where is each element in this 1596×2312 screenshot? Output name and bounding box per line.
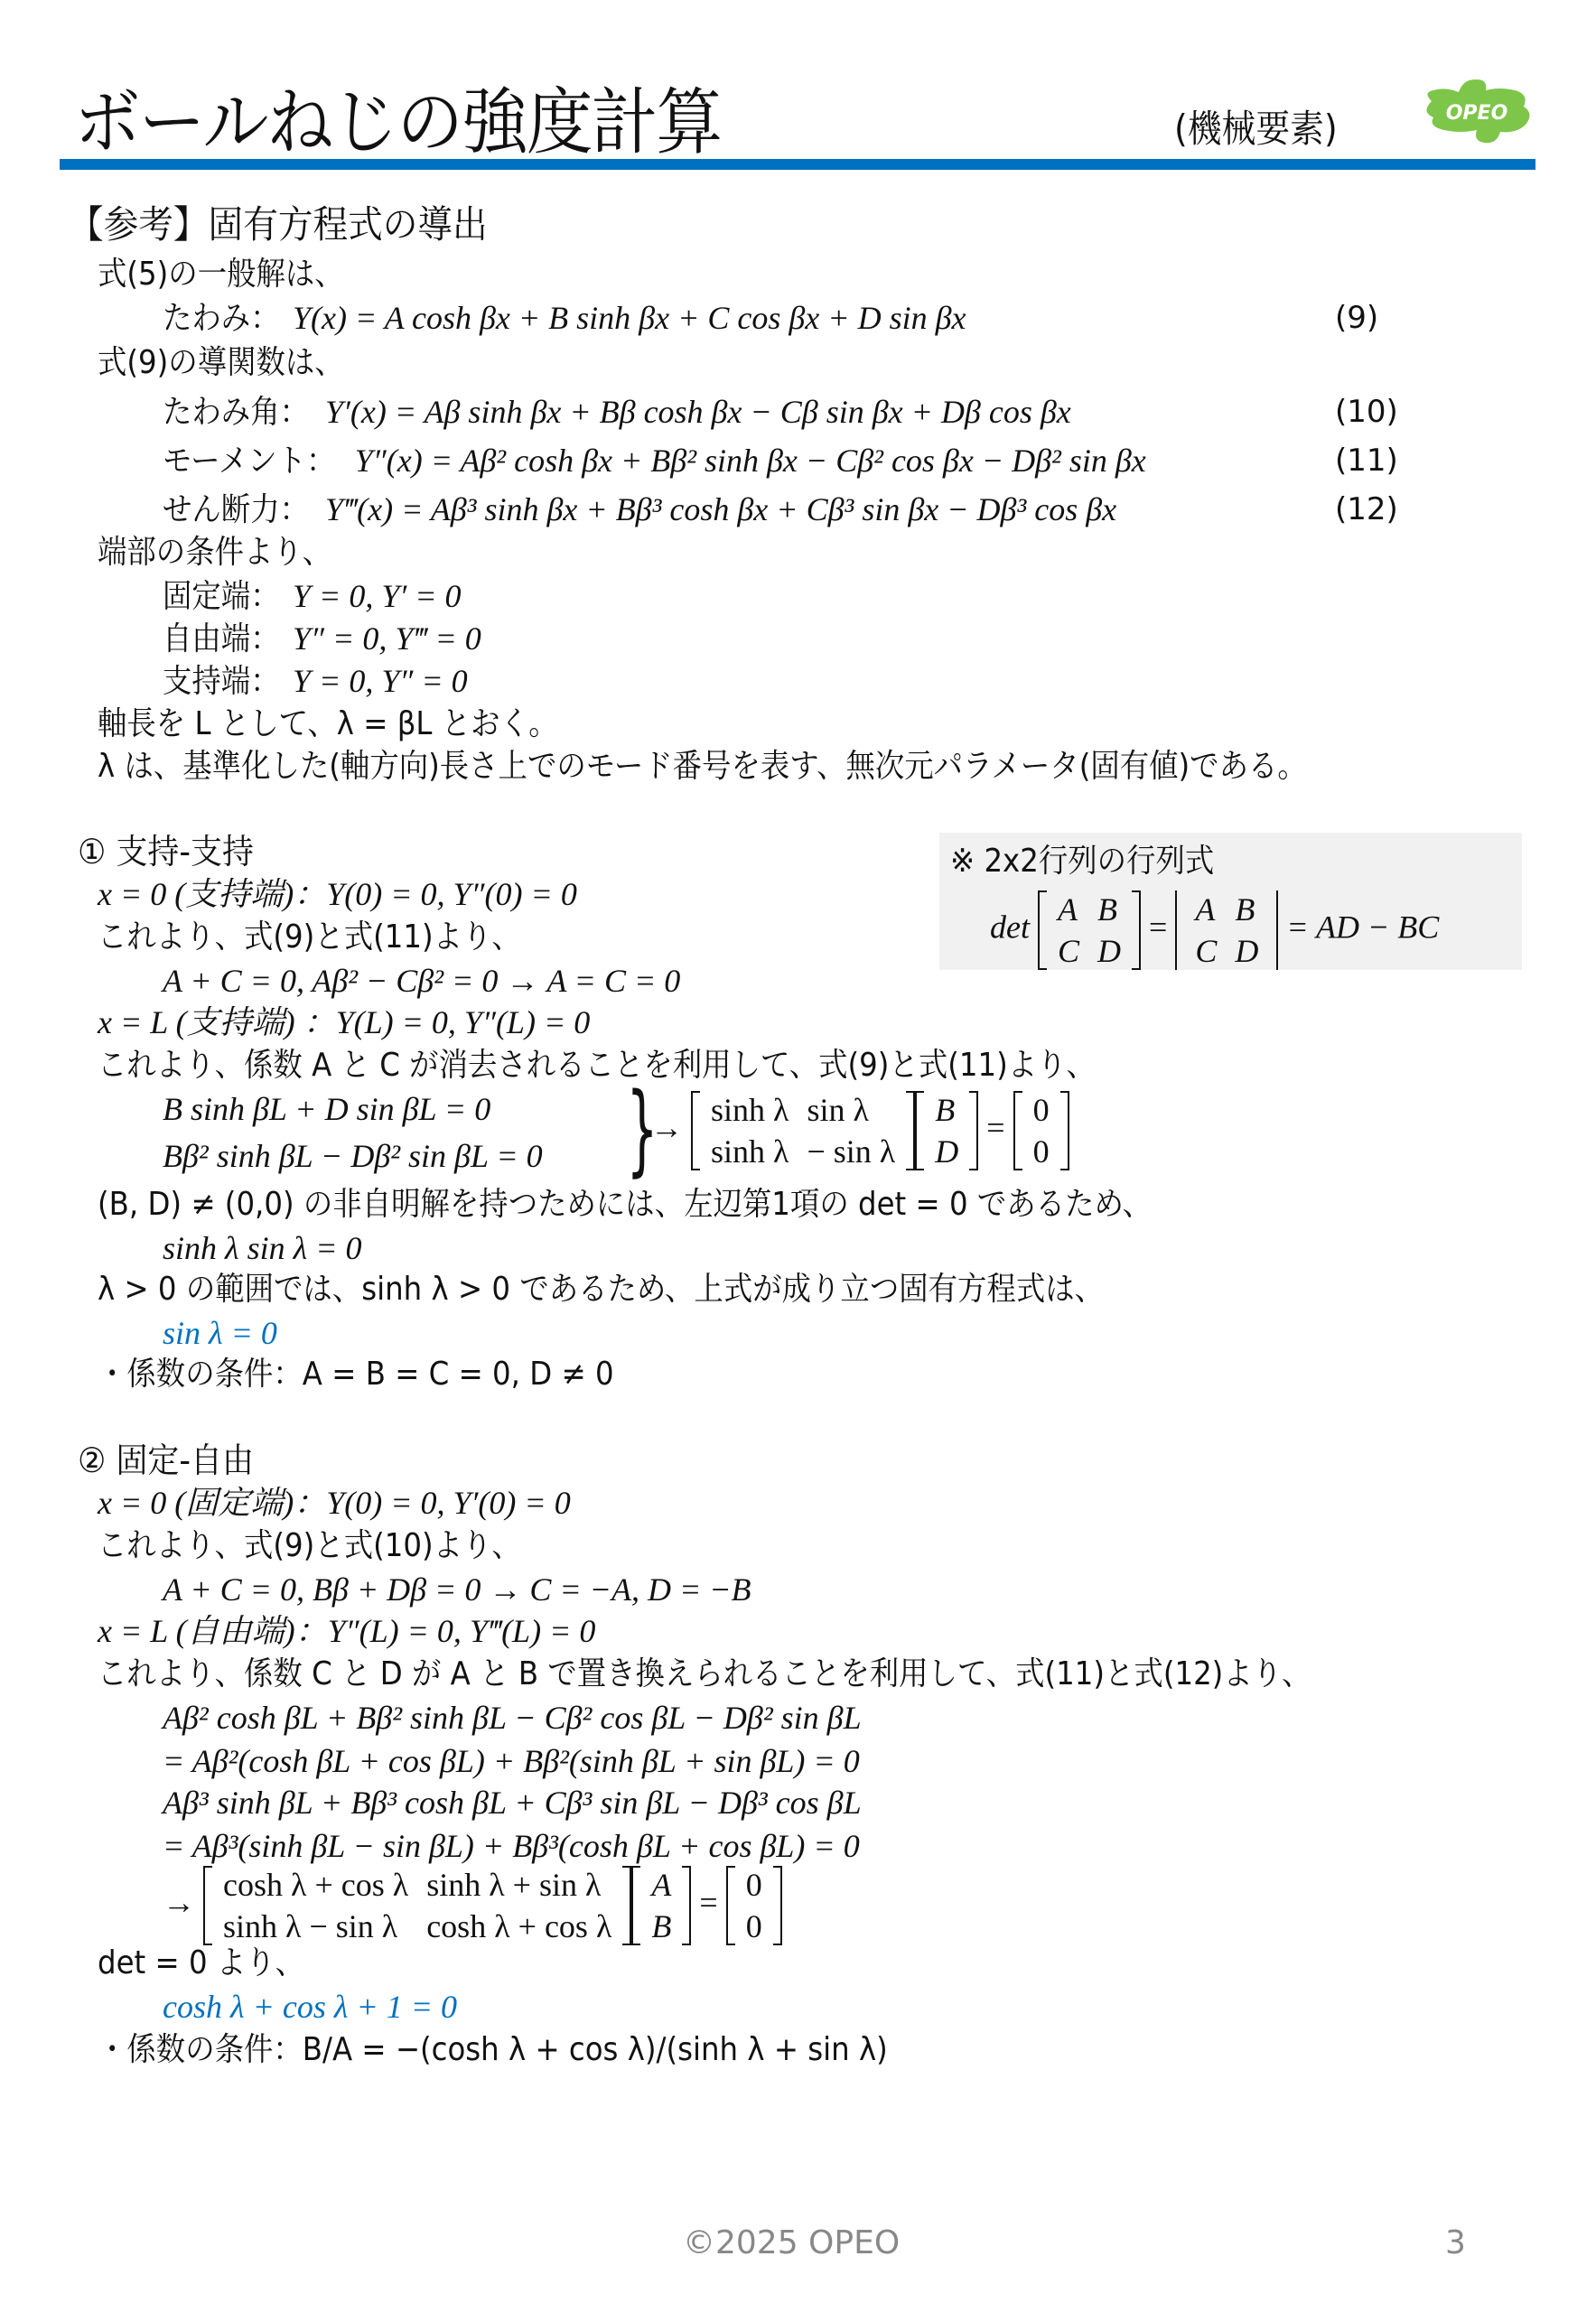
header-divider xyxy=(60,159,1535,170)
equation-shear: せん断力：Y‴(x) = Aβ³ sinh βx + Bβ³ cosh βx +… xyxy=(163,489,1116,530)
determinant-note: ※ 2x2行列の行列式 det ABCD = ABCD = AD − BC xyxy=(939,833,1522,970)
case1-title: ① 支持-支持 xyxy=(78,829,254,874)
case2-coefficient-condition: ・係数の条件：B/A = −(cosh λ + cos λ)/(sinh λ +… xyxy=(98,2030,888,2070)
case1-coefficient-condition: ・係数の条件：A = B = C = 0, D ≠ 0 xyxy=(98,1355,614,1394)
equation-moment: モーメント：Y″(x) = Aβ² cosh βx + Bβ² sinh βx … xyxy=(163,441,1146,481)
case2-step2: これより、係数 C と D が A と B で置き換えられることを利用して、式(… xyxy=(98,1655,1311,1694)
case2-title: ② 固定-自由 xyxy=(78,1438,254,1483)
case2-bc0: x = 0 (固定端)：Y(0) = 0, Y′(0) = 0 xyxy=(98,1483,571,1523)
equation-number-11: (11) xyxy=(1335,441,1398,480)
page-number: 3 xyxy=(1445,2223,1466,2263)
case2-expr4: = Aβ³(sinh βL − sin βL) + Bβ³(cosh βL + … xyxy=(163,1826,860,1866)
determinant-formula: det ABCD = ABCD = AD − BC xyxy=(990,889,1439,972)
page-title: ボールねじの強度計算 xyxy=(74,79,721,166)
case2-expr2: = Aβ²(cosh βL + cos βL) + Bβ²(sinh βL + … xyxy=(163,1741,860,1781)
lambda-definition: 軸長を L として、λ = βL とおく。 xyxy=(98,704,558,744)
derivative-intro: 式(9)の導関数は、 xyxy=(98,343,344,383)
copyright: ©2025 OPEO xyxy=(683,2223,900,2263)
case1-det-eq: sinh λ sin λ = 0 xyxy=(163,1228,362,1268)
case1-step2: これより、係数 A と C が消去されることを利用して、式(9)と式(11)より… xyxy=(98,1046,1096,1086)
case2-det-text: det = 0 より、 xyxy=(98,1944,304,1983)
equation-number-10: (10) xyxy=(1335,392,1398,432)
matrix-bracket: ABCD xyxy=(1038,889,1141,972)
equation-deflection: たわみ：Y(x) = A cosh βx + B sinh βx + C cos… xyxy=(163,298,966,339)
case1-result1: A + C = 0, Aβ² − Cβ² = 0 → A = C = 0 xyxy=(163,961,680,1001)
bc-support: 支持端：Y = 0, Y″ = 0 xyxy=(163,661,468,702)
equation-number-9: (9) xyxy=(1335,298,1378,338)
boundary-intro: 端部の条件より、 xyxy=(98,533,331,573)
case2-matrix-eq: → cosh λ + cos λsinh λ + sin λsinh λ − s… xyxy=(163,1864,782,1947)
case1-bcL: x = L (支持端) ：Y(L) = 0, Y″(L) = 0 xyxy=(98,1002,590,1042)
case1-nontrivial: (B, D) ≠ (0,0) の非自明解を持つためには、左辺第1項の det =… xyxy=(98,1185,1152,1225)
svg-text:OPEO: OPEO xyxy=(1446,102,1508,125)
case2-expr3: Aβ³ sinh βL + Bβ³ cosh βL + Cβ³ sin βL −… xyxy=(163,1783,862,1823)
case1-system-eq2: Bβ² sinh βL − Dβ² sin βL = 0 xyxy=(163,1136,543,1176)
case1-step1: これより、式(9)と式(11)より、 xyxy=(98,918,521,957)
category-label: (機械要素) xyxy=(1174,107,1338,152)
case2-expr1: Aβ² cosh βL + Bβ² sinh βL − Cβ² cos βL −… xyxy=(163,1698,862,1738)
bc-free: 自由端：Y″ = 0, Y‴ = 0 xyxy=(163,619,481,659)
section-title: 【参考】固有方程式の導出 xyxy=(69,202,488,247)
lambda-description: λ は、基準化した(軸方向)長さ上でのモード番号を表す、無次元パラメータ(固有値… xyxy=(98,747,1307,787)
matrix-determinant: ABCD xyxy=(1175,889,1278,972)
case1-matrix-eq: → sinh λsin λsinh λ− sin λBD = 00 xyxy=(650,1089,1069,1172)
equation-number-12: (12) xyxy=(1335,489,1398,529)
case1-bc0: x = 0 (支持端)：Y(0) = 0, Y″(0) = 0 xyxy=(98,874,577,914)
opeo-logo: OPEO xyxy=(1414,74,1540,155)
note-title: ※ 2x2行列の行列式 xyxy=(950,842,1214,881)
case1-range: λ > 0 の範囲では、sinh λ > 0 であるため、上式が成り立つ固有方程… xyxy=(98,1270,1104,1310)
case1-system-eq1: B sinh βL + D sin βL = 0 xyxy=(163,1089,490,1129)
case2-result1: A + C = 0, Bβ + Dβ = 0 → C = −A, D = −B xyxy=(163,1570,751,1609)
puzzle-logo-icon: OPEO xyxy=(1414,74,1540,155)
equation-slope: たわみ角：Y′(x) = Aβ sinh βx + Bβ cosh βx − C… xyxy=(163,392,1071,433)
case2-step1: これより、式(9)と式(10)より、 xyxy=(98,1526,521,1566)
case2-bcL: x = L (自由端)：Y″(L) = 0, Y‴(L) = 0 xyxy=(98,1611,595,1651)
bc-fixed: 固定端：Y = 0, Y′ = 0 xyxy=(163,576,462,617)
case1-eigen-equation: sin λ = 0 xyxy=(163,1313,277,1353)
case2-eigen-equation: cosh λ + cos λ + 1 = 0 xyxy=(163,1987,457,2027)
general-intro: 式(5)の一般解は、 xyxy=(98,255,344,294)
